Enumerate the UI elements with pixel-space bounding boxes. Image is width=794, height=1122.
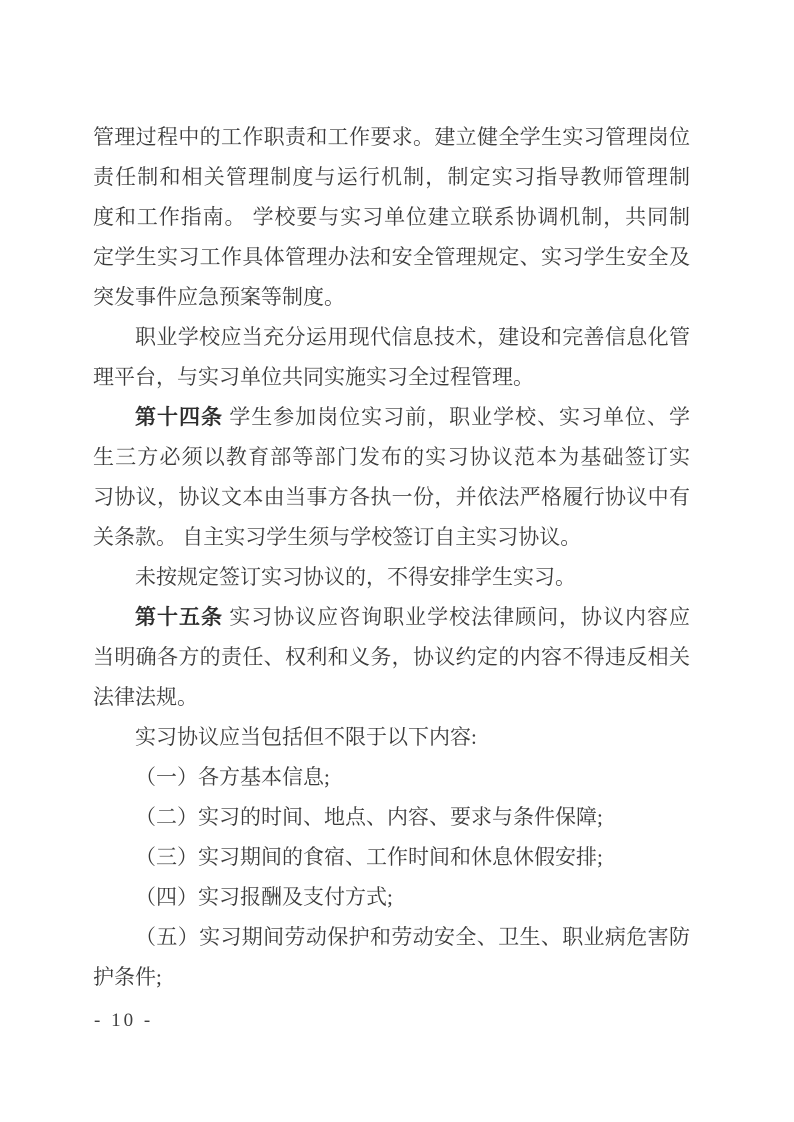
text-line: 法律法规。 (93, 677, 690, 717)
text-line: （二）实习的时间、地点、内容、要求与条件保障; (93, 797, 690, 837)
article-number: 第十四条 (135, 405, 223, 429)
text-line: 第十五条 实习协议应咨询职业学校法律顾问，协议内容应 (93, 597, 690, 637)
text-line: 责任制和相关管理制度与运行机制，制定实习指导教师管理制 (93, 157, 690, 197)
text-line: 理平台，与实习单位共同实施实习全过程管理。 (93, 357, 690, 397)
text-line: （三）实习期间的食宿、工作时间和休息休假安排; (93, 837, 690, 877)
document-page: 管理过程中的工作职责和工作要求。建立健全学生实习管理岗位责任制和相关管理制度与运… (0, 0, 794, 1122)
text-line: 未按规定签订实习协议的，不得安排学生实习。 (93, 557, 690, 597)
article-number: 第十五条 (135, 605, 223, 629)
text-line: 管理过程中的工作职责和工作要求。建立健全学生实习管理岗位 (93, 117, 690, 157)
text-line: 突发事件应急预案等制度。 (93, 277, 690, 317)
text-line: 定学生实习工作具体管理办法和安全管理规定、实习学生安全及 (93, 237, 690, 277)
document-body: 管理过程中的工作职责和工作要求。建立健全学生实习管理岗位责任制和相关管理制度与运… (93, 117, 690, 997)
text-line: 职业学校应当充分运用现代信息技术，建设和完善信息化管 (93, 317, 690, 357)
text-line: （四）实习报酬及支付方式; (93, 877, 690, 917)
text-line: 生三方必须以教育部等部门发布的实习协议范本为基础签订实 (93, 437, 690, 477)
page-number: - 10 - (94, 1010, 153, 1032)
text-line: 实习协议应当包括但不限于以下内容: (93, 717, 690, 757)
text-line: 习协议，协议文本由当事方各执一份，并依法严格履行协议中有 (93, 477, 690, 517)
text-line: 护条件; (93, 957, 690, 997)
text-line: 第十四条 学生参加岗位实习前，职业学校、实习单位、学 (93, 397, 690, 437)
text-line: 当明确各方的责任、权利和义务，协议约定的内容不得违反相关 (93, 637, 690, 677)
text-line: （一）各方基本信息; (93, 757, 690, 797)
text-line: （五）实习期间劳动保护和劳动安全、卫生、职业病危害防 (93, 917, 690, 957)
text-line: 关条款。 自主实习学生须与学校签订自主实习协议。 (93, 517, 690, 557)
text-line: 度和工作指南。 学校要与实习单位建立联系协调机制，共同制 (93, 197, 690, 237)
